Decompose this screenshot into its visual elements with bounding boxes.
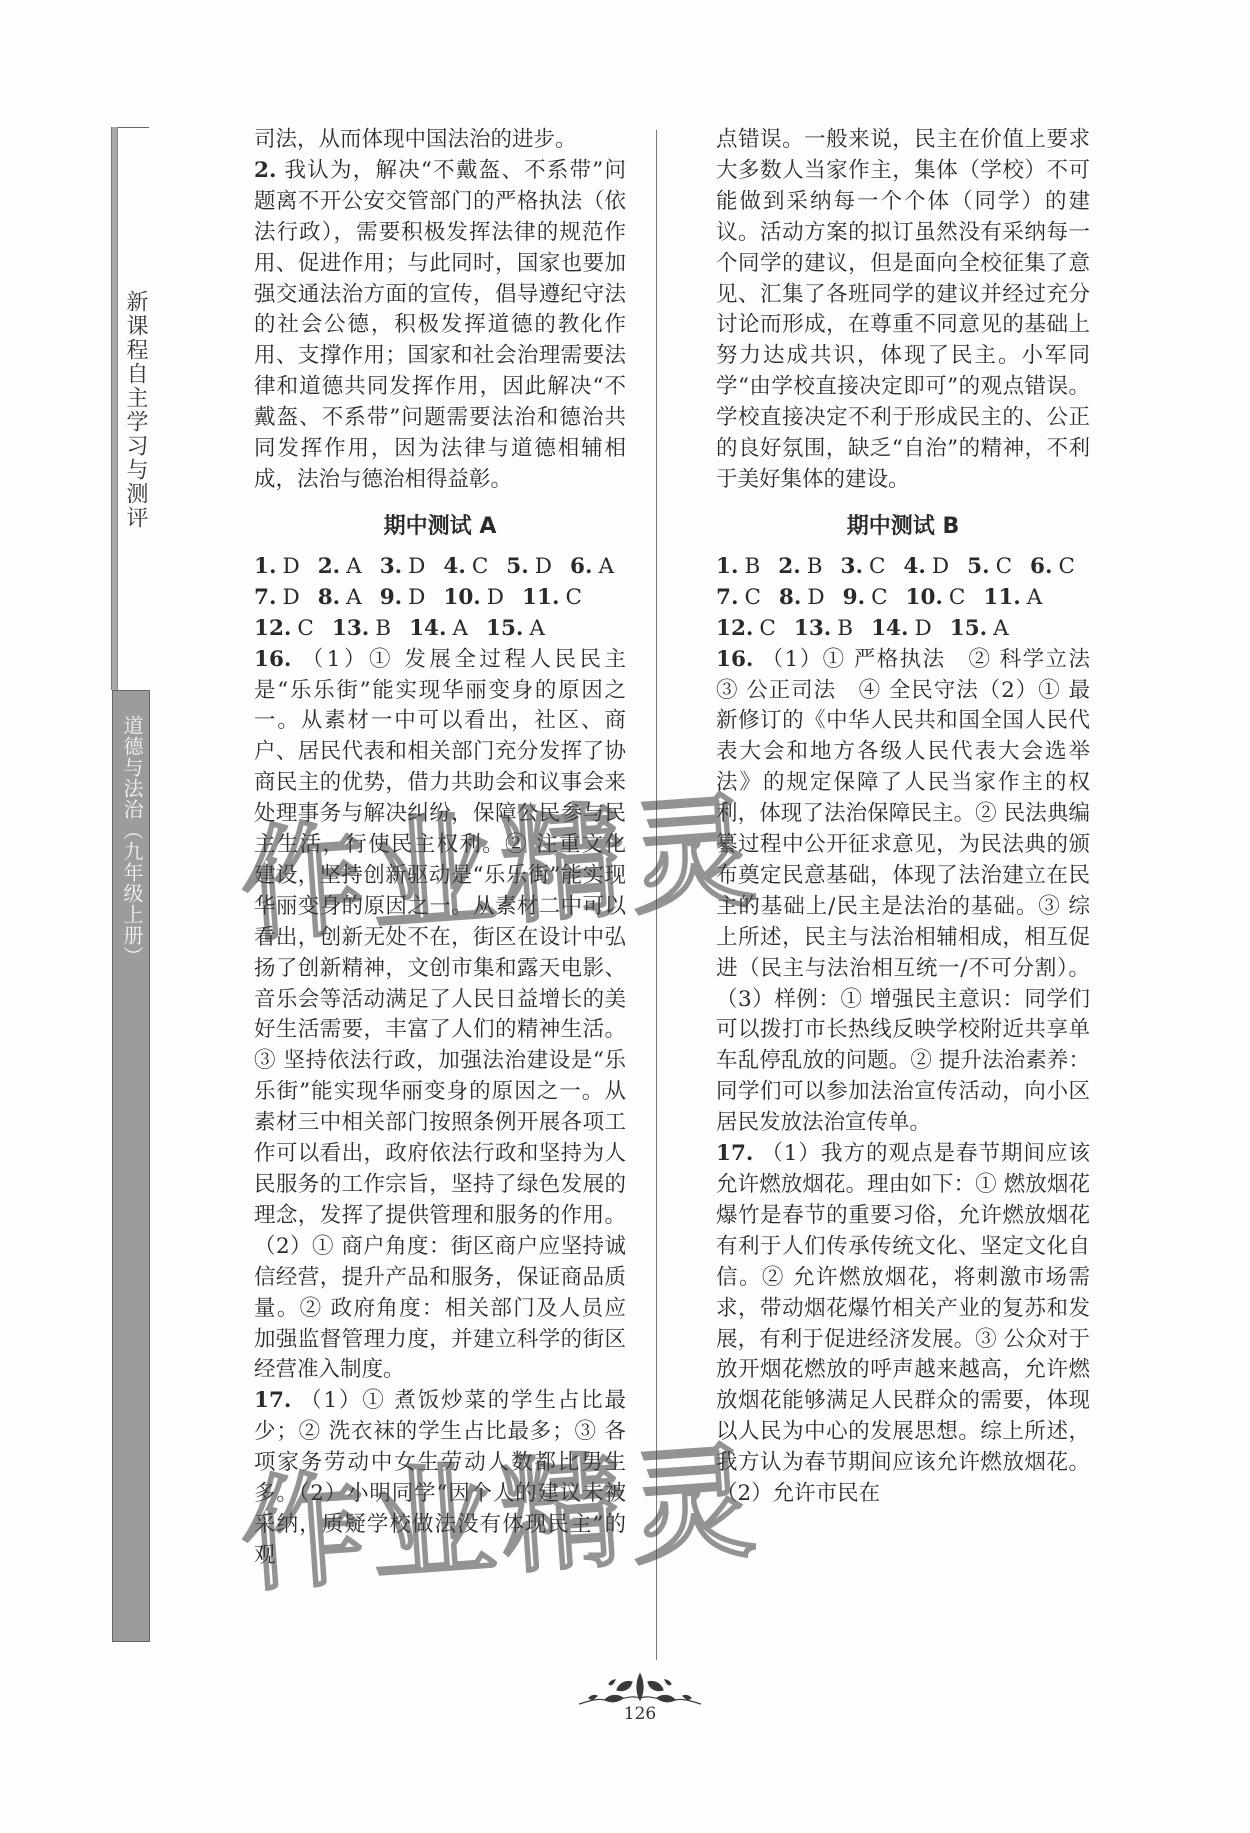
question-number: 3. — [841, 554, 863, 579]
multiple-choice-answers-b: 1.B2.B3.C4.D5.C6.C7.C8.D9.C10.C11.A12.C1… — [716, 552, 1090, 645]
choice-answer: 8.D — [779, 583, 825, 614]
question-number: 13. — [332, 616, 369, 641]
choice-answer: 8.A — [318, 583, 362, 614]
choice-letter: C — [871, 585, 887, 610]
column-divider — [656, 130, 657, 1660]
choice-answer: 4.D — [903, 552, 949, 583]
answer-paragraph: 17. （1）① 煮饭炒菜的学生占比最少；② 洗衣袜的学生占比最多；③ 各项家务… — [254, 1386, 626, 1571]
answer-paragraph: 16. （1）① 严格执法 ② 科学立法 ③ 公正司法 ④ 全民守法（2）① 最… — [716, 645, 1090, 1140]
question-number: 16. — [254, 647, 291, 672]
choice-letter: D — [807, 585, 824, 610]
choice-answer: 7.C — [716, 583, 761, 614]
choice-letter: A — [1027, 585, 1043, 610]
choice-letter: C — [472, 554, 488, 579]
choice-letter: A — [993, 616, 1009, 641]
choice-letter: C — [1059, 554, 1075, 579]
question-number: 4. — [903, 554, 925, 579]
question-number: 8. — [779, 585, 801, 610]
choice-answer: 3.C — [841, 552, 886, 583]
question-number: 10. — [443, 585, 480, 610]
left-column: 司法，从而体现中国法治的进步。 2. 我认为，解决“不戴盔、不系带”问题离不开公… — [254, 125, 626, 1572]
question-number: 17. — [254, 1388, 291, 1413]
choice-letter: C — [949, 585, 965, 610]
choice-letter: C — [996, 554, 1012, 579]
question-number: 2. — [254, 158, 276, 183]
question-number: 11. — [522, 585, 559, 610]
series-title: 新课程自主学习与测评 — [122, 290, 148, 530]
sidebar-thin-band — [111, 127, 118, 690]
subject-title: 道德与法治（九年级上册） — [118, 715, 144, 967]
question-number: 7. — [254, 585, 276, 610]
choice-letter: D — [914, 616, 931, 641]
choice-answer: 9.D — [380, 583, 426, 614]
right-column: 点错误。一般来说，民主在价值上要求大多数人当家作主，集体（学校）不可能做到采纳每… — [716, 125, 1090, 1510]
question-number: 2. — [778, 554, 800, 579]
question-number: 12. — [716, 616, 753, 641]
choice-letter: C — [869, 554, 885, 579]
choice-letter: B — [807, 554, 823, 579]
choice-answer: 5.D — [506, 552, 552, 583]
choice-answer: 4.C — [443, 552, 488, 583]
page-footer: 126 — [560, 1672, 720, 1724]
choice-letter: A — [598, 554, 614, 579]
question-number: 11. — [983, 585, 1020, 610]
multiple-choice-answers-a: 1.D2.A3.D4.C5.D6.A7.D8.A9.D10.D11.C12.C1… — [254, 552, 626, 645]
choice-answer: 14.D — [871, 614, 932, 645]
choice-letter: A — [346, 585, 362, 610]
answer-text: （1）① 煮饭炒菜的学生占比最少；② 洗衣袜的学生占比最多；③ 各项家务劳动中女… — [254, 1388, 626, 1568]
answer-text: 点错误。一般来说，民主在价值上要求大多数人当家作主，集体（学校）不可能做到采纳每… — [716, 127, 1090, 492]
section-title-midterm-b: 期中测试 B — [716, 512, 1090, 542]
choice-answer: 12.C — [254, 614, 314, 645]
choice-answer: 13.B — [794, 614, 853, 645]
choice-letter: D — [487, 585, 504, 610]
question-number: 16. — [716, 647, 753, 672]
choice-letter: C — [565, 585, 581, 610]
choice-answer: 15.A — [486, 614, 545, 645]
choice-answer: 1.D — [254, 552, 300, 583]
answer-text: 司法，从而体现中国法治的进步。 — [254, 127, 577, 152]
question-number: 1. — [254, 554, 276, 579]
answer-text: （1）① 发展全过程人民民主是“乐乐街”能实现华丽变身的原因之一。从素材一中可以… — [254, 647, 626, 1383]
choice-letter: A — [452, 616, 468, 641]
question-number: 12. — [254, 616, 291, 641]
answer-text: （1）我方的观点是春节期间应该允许燃放烟花。理由如下：① 燃放烟花爆竹是春节的重… — [716, 1141, 1090, 1506]
choice-letter: D — [535, 554, 552, 579]
answer-text: 我认为，解决“不戴盔、不系带”问题离不开公安交管部门的严格执法（依法行政），需要… — [254, 158, 626, 492]
question-number: 4. — [443, 554, 465, 579]
question-number: 6. — [570, 554, 592, 579]
choice-letter: D — [408, 585, 425, 610]
page-number: 126 — [560, 1704, 720, 1724]
question-number: 5. — [506, 554, 528, 579]
question-number: 1. — [716, 554, 738, 579]
question-number: 15. — [950, 616, 987, 641]
question-number: 17. — [716, 1141, 753, 1166]
choice-answer: 11.C — [522, 583, 582, 614]
question-number: 3. — [380, 554, 402, 579]
question-number: 2. — [318, 554, 340, 579]
question-number: 7. — [716, 585, 738, 610]
choice-letter: A — [346, 554, 362, 579]
choice-answer: 2.A — [318, 552, 362, 583]
answer-paragraph: 16. （1）① 发展全过程人民民主是“乐乐街”能实现华丽变身的原因之一。从素材… — [254, 645, 626, 1387]
question-number: 14. — [409, 616, 446, 641]
choice-answer: 6.A — [570, 552, 614, 583]
choice-letter: D — [932, 554, 949, 579]
answer-paragraph: 点错误。一般来说，民主在价值上要求大多数人当家作主，集体（学校）不可能做到采纳每… — [716, 125, 1090, 496]
question-number: 6. — [1030, 554, 1052, 579]
choice-letter: B — [375, 616, 391, 641]
choice-answer: 7.D — [254, 583, 300, 614]
choice-answer: 10.C — [906, 583, 966, 614]
question-number: 15. — [486, 616, 523, 641]
choice-answer: 14.A — [409, 614, 468, 645]
answer-paragraph: 2. 我认为，解决“不戴盔、不系带”问题离不开公安交管部门的严格执法（依法行政）… — [254, 156, 626, 496]
question-number: 14. — [871, 616, 908, 641]
choice-letter: A — [529, 616, 545, 641]
choice-answer: 1.B — [716, 552, 760, 583]
leaf-ornament-icon — [565, 1672, 715, 1708]
choice-letter: C — [297, 616, 313, 641]
choice-answer: 5.C — [967, 552, 1012, 583]
choice-answer: 12.C — [716, 614, 776, 645]
choice-answer: 15.A — [950, 614, 1009, 645]
choice-letter: C — [759, 616, 775, 641]
choice-letter: D — [282, 585, 299, 610]
question-number: 9. — [843, 585, 865, 610]
choice-letter: B — [744, 554, 760, 579]
choice-answer: 6.C — [1030, 552, 1075, 583]
choice-answer: 2.B — [778, 552, 822, 583]
answer-text: （1）① 严格执法 ② 科学立法 ③ 公正司法 ④ 全民守法（2）① 最新修订的… — [716, 647, 1112, 1136]
choice-letter: C — [744, 585, 760, 610]
question-number: 8. — [318, 585, 340, 610]
answer-paragraph: 17. （1）我方的观点是春节期间应该允许燃放烟花。理由如下：① 燃放烟花爆竹是… — [716, 1139, 1090, 1510]
choice-answer: 11.A — [983, 583, 1042, 614]
choice-letter: D — [408, 554, 425, 579]
answer-paragraph: 司法，从而体现中国法治的进步。 — [254, 125, 626, 156]
choice-answer: 9.C — [843, 583, 888, 614]
choice-letter: D — [282, 554, 299, 579]
choice-answer: 10.D — [443, 583, 504, 614]
choice-answer: 3.D — [380, 552, 426, 583]
question-number: 9. — [380, 585, 402, 610]
section-title-midterm-a: 期中测试 A — [254, 512, 626, 542]
question-number: 13. — [794, 616, 831, 641]
question-number: 5. — [967, 554, 989, 579]
choice-answer: 13.B — [332, 614, 391, 645]
choice-letter: B — [837, 616, 853, 641]
question-number: 10. — [906, 585, 943, 610]
document-page: 新课程自主学习与测评 道德与法治（九年级上册） 司法，从而体现中国法治的进步。 … — [0, 0, 1250, 1833]
